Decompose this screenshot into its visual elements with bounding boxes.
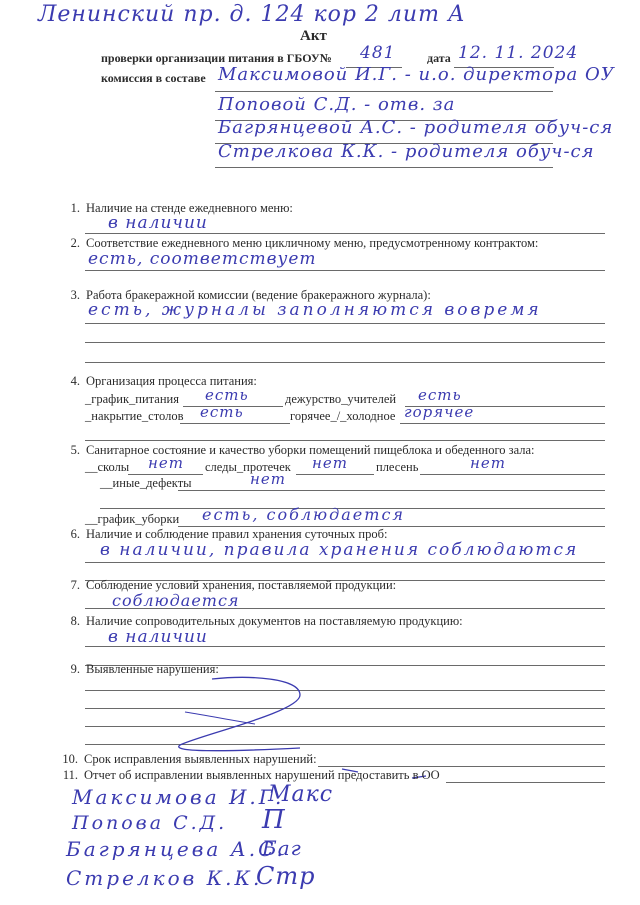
signature-mark-2: П — [262, 805, 286, 835]
signature-name-4: Стрелков К.К. — [66, 866, 262, 890]
signature-mark-4: Стр — [256, 862, 315, 890]
signature-mark-1: Макс — [268, 782, 333, 807]
signature-name-3: Багрянцева А.С. — [66, 837, 286, 861]
item-10-label: 10.Срок исправления выявленных нарушений… — [60, 752, 317, 767]
signature-name-2: Попова С.Д. — [72, 812, 227, 834]
signature-name-1: Максимова И.Г. — [72, 785, 284, 809]
item-11-label: 11.Отчет об исправлении выявленных наруш… — [60, 768, 440, 783]
signature-mark-3: Баг — [262, 836, 302, 860]
